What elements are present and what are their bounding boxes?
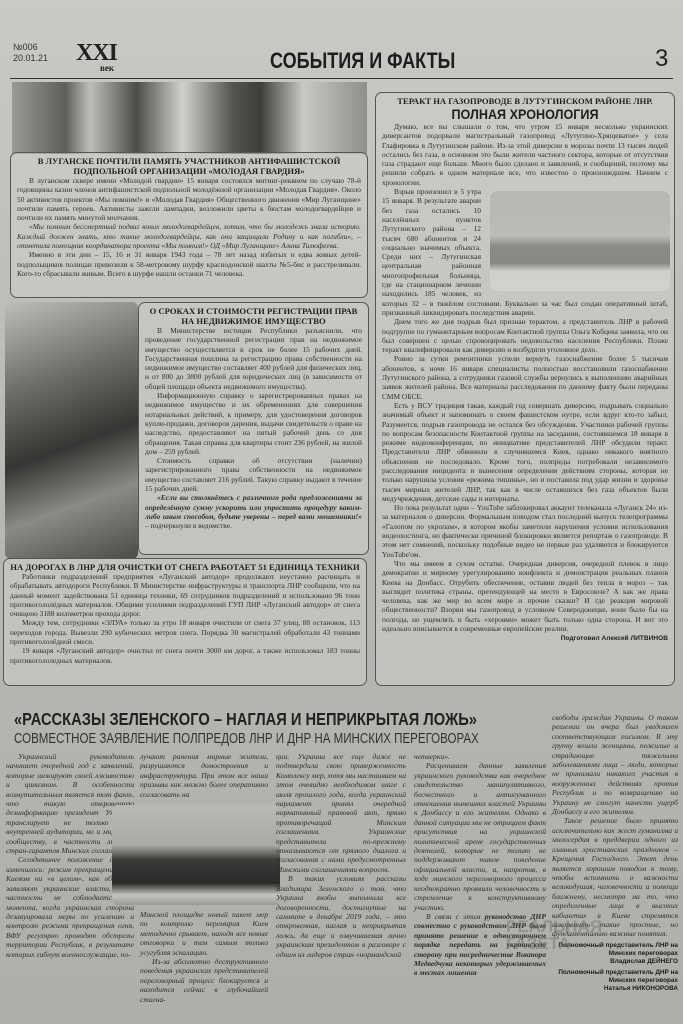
signature-role: Полномочный представитель ДНР на Минских… [552,969,678,985]
article-title: НА ДОРОГАХ В ЛНР ДЛЯ ОЧИСТКИ ОТ СНЕГА РА… [10,562,360,572]
article-paragraph: Минской площадке новый пакет мер по конт… [140,910,268,957]
newspaper-page: №006 20.01.21 XXI век СОБЫТИЯ И ФАКТЫ 3 … [0,0,683,1024]
page-number: 3 [655,45,668,73]
article-paragraph: Думаю, все вы слышали о том, что утром 1… [382,122,668,187]
signature-name: Наталья НИКОНОРОВА [552,985,678,993]
article-paragraph: В луганском сквере имени «Молодой гварди… [17,176,361,222]
masthead-rule [10,78,673,79]
article-paragraph: Ровно за сутки ремонтники успели вернуть… [382,354,668,400]
article-paragraph: Из-за абсолютно деструктивного поведения… [140,957,268,1004]
issue-info: №006 20.01.21 [13,42,48,64]
article-column-2-bottom: Минской площадке новый пакет мер по конт… [140,910,268,1004]
article-paragraph: ции. Украина все еще даже не подтвердила… [276,752,406,874]
article-paragraph: Расцениваем данные заявления украинского… [414,761,546,912]
article-paragraph: четверки». [414,752,546,761]
signature-name: Владислав ДЕЙНЕГО [552,958,678,966]
article-title: О СРОКАХ И СТОИМОСТИ РЕГИСТРАЦИИ ПРАВ НА… [145,306,362,326]
article-paragraph: В таких условиях рассказы Владимира Зеле… [276,874,406,959]
watermark-line: РЕАЛЬНАЯ [506,918,602,935]
watermark-line: ГАЗЕТА [506,935,602,952]
issue-number: №006 [13,42,48,53]
masthead: №006 20.01.21 XXI век СОБЫТИЯ И ФАКТЫ 3 [0,40,683,80]
article-young-guard: В ЛУГАНСКЕ ПОЧТИЛИ ПАМЯТЬ УЧАСТНИКОВ АНТ… [10,152,368,298]
article-paragraph: Что мы имеем в сухом остатке. Очередная … [382,559,668,633]
newspaper-logo: XXI [76,43,117,63]
signature-dnr: Полномочный представитель ДНР на Минских… [552,969,678,993]
article-gas-pipeline: ТЕРАКТ НА ГАЗОПРОВОДЕ В ЛУТУГИНСКОМ РАЙО… [375,92,675,686]
article-paragraph: 19 января «Луганский автодор» очистил от… [10,646,360,665]
article-paragraph: Между тем, сотрудники «ЭЛУА» только за у… [10,618,360,646]
article-paragraph: Именно в эти дни – 15, 16 и 31 января 19… [17,250,361,278]
article-text: В связи с этим [426,912,485,921]
article-paragraph: В Министерстве юстиции Республики разъяс… [145,326,362,391]
article-property-registration: О СРОКАХ И СТОИМОСТИ РЕГИСТРАЦИИ ПРАВ НА… [138,302,369,555]
article-title: В ЛУГАНСКЕ ПОЧТИЛИ ПАМЯТЬ УЧАСТНИКОВ АНТ… [17,156,361,176]
article-paragraph: Работники подразделений предприятия «Луг… [10,572,360,618]
article-snow-clearing: НА ДОРОГАХ В ЛНР ДЛЯ ОЧИСТКИ ОТ СНЕГА РА… [3,558,367,686]
article-paragraph: Но пока результат один – YouTube заблоки… [382,503,668,559]
image-placeholder [485,187,668,288]
article-paragraph: Днем того же дня подрыв был признан тера… [382,317,668,354]
article-paragraph: лучают ранения мирные жители, разрушаютс… [140,752,268,799]
article-paragraph: Информационную справку о зарегистрирован… [145,391,362,456]
article-column-3: ции. Украина все еще даже не подтвердила… [276,752,406,959]
article-paragraph: свободы граждан Украины. О таком решении… [552,713,678,816]
young-guard-memorial-photo [12,82,367,154]
article-quote: «Мы помним бессмертный подвиг юных молод… [17,222,361,250]
issue-date: 20.01.21 [13,53,48,64]
article-quote-attribution: – подчеркнули в ведомстве. [145,521,232,530]
article-warning-quote: «Если вы столкнётесь с различного рода п… [145,493,362,521]
article-column-2-top: лучают ранения мирные жители, разрушаютс… [140,752,268,799]
article-paragraph: Стоимость справки об отсутствии (наличии… [145,456,362,493]
article-headline: «РАССКАЗЫ ЗЕЛЕНСКОГО – НАГЛАЯ И НЕПРИКРЫ… [14,709,477,729]
watermark: РЕАЛЬНАЯ ГАЗЕТА [506,918,602,952]
article-kicker: ТЕРАКТ НА ГАЗОПРОВОДЕ В ЛУТУГИНСКОМ РАЙО… [382,96,668,106]
article-paragraph: Есть у ВСУ традиция такая, каждый год со… [382,401,668,503]
negotiator-photo [112,805,280,905]
house-keys-photo [5,302,138,559]
article-paragraph: «Если вы столкнётесь с различного рода п… [145,493,362,530]
newspaper-logo-sub: век [100,63,114,73]
article-subheadline: СОВМЕСТНОЕ ЗАЯВЛЕНИЕ ПОЛПРЕДОВ ЛНР И ДНР… [14,730,479,748]
article-byline: Подготовил Алексей ЛИТВИНОВ [382,635,668,642]
article-title: ПОЛНАЯ ХРОНОЛОГИЯ [396,106,653,122]
section-title: СОБЫТИЯ И ФАКТЫ [270,49,455,73]
